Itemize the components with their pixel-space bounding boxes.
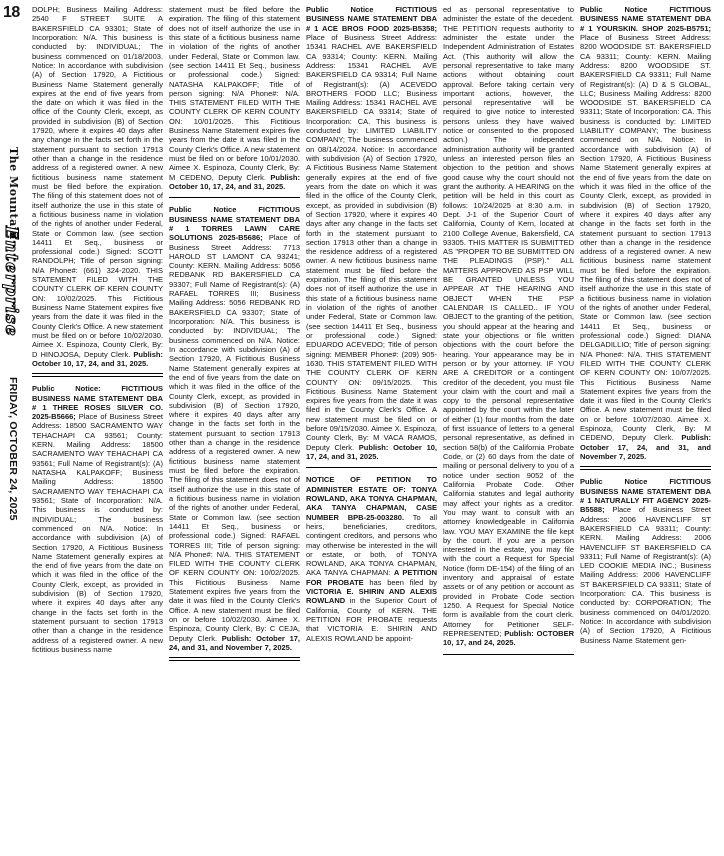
notice-column-3: Public Notice FICTITIOUS BUSINESS NAME S… (306, 5, 437, 856)
notice-column-4: ed as personal representative to adminis… (443, 5, 574, 856)
page-number: 18 (3, 4, 20, 22)
notice-torres-lawn-care-solutions: Public Notice FICTITIOUS BUSINESS NAME S… (169, 205, 300, 652)
notice-separator-rule (443, 654, 574, 655)
notice-three-roses-silver-co-continuation: statement must be filed before the expir… (169, 5, 300, 191)
notice-body-text: Place of Business Street Address: 15341 … (306, 33, 437, 452)
notice-petition-administer-estate-rowland-continuation: ed as personal representative to adminis… (443, 5, 574, 648)
notice-body-text: ed as personal representative to adminis… (443, 5, 574, 638)
notice-petition-administer-estate-rowland: NOTICE OF PETITION TO ADMINISTER ESTATE … (306, 475, 437, 643)
notice-body-text: Place of Business Street Address: 7713 H… (169, 233, 300, 642)
notice-separator-rule (580, 466, 711, 470)
notice-ace-bros-food: Public Notice FICTITIOUS BUSINESS NAME S… (306, 5, 437, 461)
notice-separator-rule (169, 197, 300, 198)
notice-column-1: DOLPH; Business Mailing Address: 2540 F … (32, 5, 163, 856)
notice-body-text: Place of Business Street Address: 2006 H… (580, 505, 711, 644)
notice-column-5: Public Notice FICTITIOUS BUSINESS NAME S… (580, 5, 711, 856)
notice-separator-rule (32, 373, 163, 377)
notice-separator-rule (169, 657, 300, 661)
notice-bold-text: Public Notice FICTITIOUS BUSINESS NAME S… (580, 5, 711, 33)
notice-yourskin-shop: Public Notice FICTITIOUS BUSINESS NAME S… (580, 5, 711, 461)
notice-body-text: Place of Business Street Address: 8200 W… (580, 33, 711, 442)
notice-column-2: statement must be filed before the expir… (169, 5, 300, 856)
notice-body-text: statement must be filed before the expir… (169, 5, 300, 182)
edition-date: FRIDAY, OCTOBER 24, 2025 (7, 377, 19, 521)
masthead-sidebar: 18 The Mountain Enterprise FRIDAY, OCTOB… (0, 0, 29, 856)
notice-three-roses-silver-co: Public Notice: FICTITIOUS BUSINESS NAME … (32, 384, 163, 654)
notice-body-text: Place of Business Street Address: 18500 … (32, 412, 163, 654)
notice-body-text: DOLPH; Business Mailing Address: 2540 F … (32, 5, 163, 359)
notice-body-text: has been filed by (364, 578, 437, 587)
notice-separator-rule (306, 467, 437, 468)
masthead-name-bottom: Enterprise (1, 226, 21, 337)
notice-naturally-fit-agency: Public Notice FICTITIOUS BUSINESS NAME S… (580, 477, 711, 645)
notice-bold-text: Public Notice FICTITIOUS BUSINESS NAME S… (306, 5, 437, 33)
notice-scott-randolph-continuation: DOLPH; Business Mailing Address: 2540 F … (32, 5, 163, 368)
notices-columns: DOLPH; Business Mailing Address: 2540 F … (29, 0, 724, 856)
newspaper-legal-notices-page: 18 The Mountain Enterprise FRIDAY, OCTOB… (0, 0, 724, 856)
